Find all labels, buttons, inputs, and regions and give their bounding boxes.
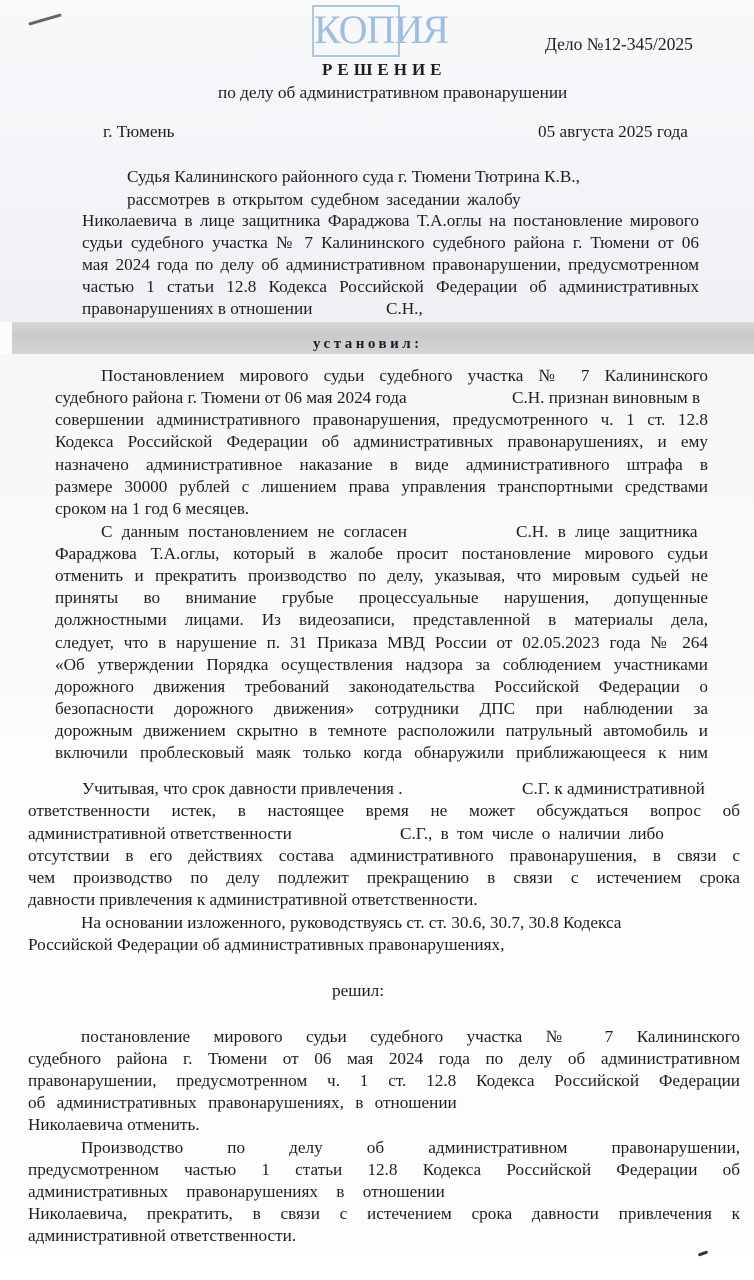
paragraph-line: дорожного движения требований законодате… — [55, 676, 708, 699]
paragraph-line: включили проблесковый маяк только когда … — [55, 742, 708, 765]
paragraph-line: об административных правонарушениях, в о… — [28, 1092, 457, 1114]
intro-party-initials: С.Н., — [386, 298, 423, 320]
paragraph-line: отсутствии в его действиях состава админ… — [28, 845, 740, 868]
section-heading-decided: решил: — [332, 980, 384, 1002]
paragraph-line: судебного района г. Тюмени от 06 мая 202… — [28, 1048, 740, 1071]
paragraph-line: приняты во внимание грубые процессуальны… — [55, 587, 708, 610]
paragraph-line: должностными лицами. Из видеозаписи, пре… — [55, 609, 708, 632]
paragraph-line: На основании изложенного, руководствуясь… — [81, 912, 621, 934]
paragraph-line: ответственности истек, в настоящее время… — [28, 800, 740, 823]
paragraph-line: сроком на 1 год 6 месяцев. — [55, 498, 249, 520]
decision-date: 05 августа 2025 года — [538, 121, 688, 143]
paragraph-line: безопасности дорожного движения» сотрудн… — [55, 698, 708, 721]
intro-line: мая 2024 года по делу об административно… — [82, 254, 699, 277]
paragraph-line: правонарушении, предусмотренном ч. 1 ст.… — [28, 1070, 740, 1093]
section-heading-established: установил: — [313, 333, 423, 355]
paragraph-line: административной ответственности — [28, 823, 292, 845]
document-page: КОПИЯ Дело №12-345/2025 РЕШЕНИЕ по делу … — [0, 0, 754, 1280]
paragraph-line: предусмотренном частью 1 статьи 12.8 Код… — [28, 1159, 740, 1182]
copy-stamp: КОПИЯ — [312, 5, 400, 57]
document-title: РЕШЕНИЕ — [322, 59, 447, 81]
paragraph-line: Кодекса Российской Федерации об админист… — [55, 431, 708, 454]
paragraph-line: С.Н. в лице защитника — [516, 521, 698, 543]
paragraph-line: Учитывая, что срок давности привлечения … — [82, 778, 403, 800]
paragraph-line: дорожным движением скрытно в темноте рас… — [55, 720, 708, 743]
paragraph-line: отменить и прекратить производство по де… — [55, 565, 708, 588]
paragraph-line: Николаевича отменить. — [28, 1114, 200, 1136]
paragraph-line: судебного района г. Тюмени от 06 мая 202… — [55, 387, 407, 409]
paragraph-line: размере 30000 рублей с лишением права уп… — [55, 476, 708, 499]
intro-line: Судья Калининского районного суда г. Тюм… — [127, 166, 580, 188]
paragraph-line: С.Г. к административной — [522, 778, 705, 800]
paragraph-line: Производство по делу об административном… — [81, 1137, 740, 1160]
intro-line: правонарушениях в отношении — [82, 298, 312, 320]
paragraph-line: Постановлением мирового судьи судебного … — [101, 365, 708, 388]
paragraph-line: постановление мирового судьи судебного у… — [81, 1026, 740, 1049]
document-subtitle: по делу об административном правонарушен… — [218, 82, 567, 104]
intro-line: рассмотрев в открытом судебном заседании… — [127, 189, 521, 211]
paragraph-line: административной ответственности. — [28, 1225, 296, 1247]
paper-bottom-margin — [0, 1256, 754, 1280]
intro-line: судьи судебного участка № 7 Калининского… — [82, 232, 699, 255]
paragraph-line: С.Г., в том числе о наличии либо — [400, 823, 664, 845]
city: г. Тюмень — [103, 121, 175, 143]
paragraph-line: С.Н. признан виновным в — [512, 387, 700, 409]
case-number: Дело №12-345/2025 — [545, 33, 693, 55]
paragraph-line: давности привлечения к административной … — [28, 889, 478, 911]
paragraph-line: следует, что в нарушение п. 31 Приказа М… — [55, 632, 708, 655]
intro-line: частью 1 статьи 12.8 Кодекса Российской … — [82, 276, 699, 299]
intro-line: Николаевича в лице защитника Фараджова Т… — [82, 210, 699, 233]
paragraph-line: Фараджова Т.А.оглы, который в жалобе про… — [55, 543, 708, 566]
paragraph-line: С данным постановлением не согласен — [101, 521, 407, 543]
paragraph-line: назначено административное наказание в в… — [55, 454, 708, 477]
paragraph-line: административных правонарушениях в отнош… — [28, 1181, 445, 1203]
paragraph-line: «Об утверждении Порядка осуществления на… — [55, 654, 708, 677]
paragraph-line: совершении административного правонаруше… — [55, 409, 708, 432]
paragraph-line: чем производство по делу подлежит прекра… — [28, 867, 740, 890]
paragraph-line: Николаевича, прекратить, в связи с истеч… — [28, 1203, 740, 1226]
paragraph-line: Российской Федерации об административных… — [28, 934, 504, 956]
